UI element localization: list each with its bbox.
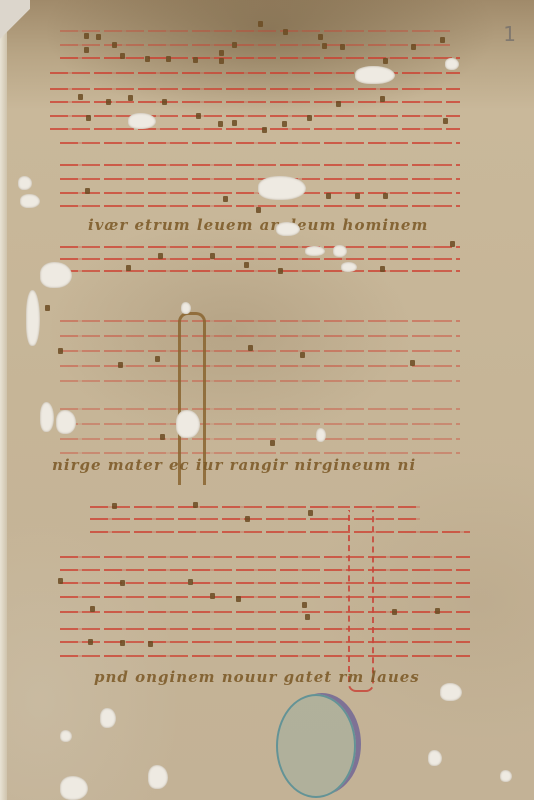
neume (58, 578, 63, 584)
neume (210, 253, 215, 259)
text-line-3: pnd onginem nouur gatet rm laues (94, 668, 420, 686)
hole (40, 262, 72, 288)
neume (96, 34, 101, 40)
neume (380, 266, 385, 272)
hole (305, 246, 325, 256)
neume (106, 99, 111, 105)
neume (219, 58, 224, 64)
staff-line (60, 556, 470, 558)
staff-line (60, 258, 460, 260)
staff-line (60, 408, 460, 410)
staff-line (50, 88, 460, 90)
staff-line (60, 320, 460, 322)
neume (112, 42, 117, 48)
folio-number: 1 (503, 22, 516, 46)
hole (128, 113, 156, 129)
hole (333, 245, 347, 257)
hole (26, 290, 40, 346)
hole (181, 302, 191, 314)
staff-line (60, 350, 460, 352)
staff-line (60, 423, 460, 425)
neume (318, 34, 323, 40)
neume (450, 241, 455, 247)
neume (244, 262, 249, 268)
neume (155, 356, 160, 362)
neume (435, 608, 440, 614)
neume (58, 348, 63, 354)
hole (428, 750, 442, 766)
neume (392, 609, 397, 615)
staff-line (60, 628, 470, 630)
hole (60, 730, 72, 742)
neume (160, 434, 165, 440)
staff-line (50, 72, 460, 74)
neume (120, 580, 125, 586)
hole (276, 222, 300, 236)
neume (278, 268, 283, 274)
text-line-2: nirge mater ec iur rangir nirgineum ni (52, 456, 416, 474)
hole (20, 194, 40, 208)
neume (443, 118, 448, 124)
neume (162, 99, 167, 105)
neume (88, 639, 93, 645)
neume (248, 345, 253, 351)
torn-corner (0, 0, 30, 40)
neume (218, 121, 223, 127)
neume (282, 121, 287, 127)
neume (148, 641, 153, 647)
staff-line (50, 101, 460, 103)
staff-line (60, 335, 460, 337)
staff-line (60, 246, 460, 248)
hole (40, 402, 54, 432)
staff-line (60, 178, 460, 180)
staff-line (90, 506, 420, 508)
neume (283, 29, 288, 35)
hole (258, 176, 306, 200)
staff-line (60, 611, 470, 613)
neume (84, 47, 89, 53)
staff-line (60, 164, 460, 166)
neume (120, 53, 125, 59)
neume (307, 115, 312, 121)
neume (166, 56, 171, 62)
hole (445, 58, 459, 70)
hole (100, 708, 116, 728)
neume (145, 56, 150, 62)
neume (158, 253, 163, 259)
neume (270, 440, 275, 446)
neume (232, 120, 237, 126)
staff-line (60, 142, 460, 144)
neume (380, 96, 385, 102)
staff-line (50, 128, 460, 130)
neume (383, 193, 388, 199)
staff-line (60, 44, 450, 46)
neume (78, 94, 83, 100)
staff-line (90, 531, 470, 533)
staff-line (60, 380, 460, 382)
neume (120, 640, 125, 646)
neume (258, 21, 263, 27)
neume (308, 510, 313, 516)
neume (210, 593, 215, 599)
neume (262, 127, 267, 133)
staff-line (60, 596, 470, 598)
neume (193, 502, 198, 508)
neume (85, 188, 90, 194)
neume (326, 193, 331, 199)
hole (440, 683, 462, 701)
neume (84, 33, 89, 39)
neume (410, 360, 415, 366)
library-stamp (276, 694, 356, 798)
neume (45, 305, 50, 311)
neume (90, 606, 95, 612)
neume (336, 101, 341, 107)
neume (305, 614, 310, 620)
neume (112, 503, 117, 509)
neume (118, 362, 123, 368)
neume (245, 516, 250, 522)
neume (86, 115, 91, 121)
staff-line (60, 438, 460, 440)
neume (355, 193, 360, 199)
manuscript-leaf: 1 (0, 0, 534, 800)
neume (126, 265, 131, 271)
neume (440, 37, 445, 43)
hole (148, 765, 168, 789)
decorated-initial-red (348, 510, 374, 692)
neume (300, 352, 305, 358)
neume (322, 43, 327, 49)
hole (316, 428, 326, 442)
hole (18, 176, 32, 190)
hole (341, 262, 357, 272)
neume (411, 44, 416, 50)
neume (383, 58, 388, 64)
staff-line (60, 30, 450, 32)
binding-edge (0, 0, 7, 800)
staff-line (60, 569, 470, 571)
staff-line (60, 655, 470, 657)
staff-line (60, 452, 460, 454)
neume (219, 50, 224, 56)
hole (56, 410, 76, 434)
hole (355, 66, 395, 84)
hole (500, 770, 512, 782)
neume (340, 44, 345, 50)
staff-line (50, 115, 460, 117)
hole (60, 776, 88, 800)
text-line-1: ivær etrum leuem ar deum hominem (88, 216, 428, 234)
hole (176, 410, 200, 438)
neume (188, 579, 193, 585)
neume (232, 42, 237, 48)
neume (236, 596, 241, 602)
neume (256, 207, 261, 213)
neume (223, 196, 228, 202)
staff-line (60, 270, 460, 272)
neume (128, 95, 133, 101)
neume (302, 602, 307, 608)
neume (196, 113, 201, 119)
neume (193, 57, 198, 63)
